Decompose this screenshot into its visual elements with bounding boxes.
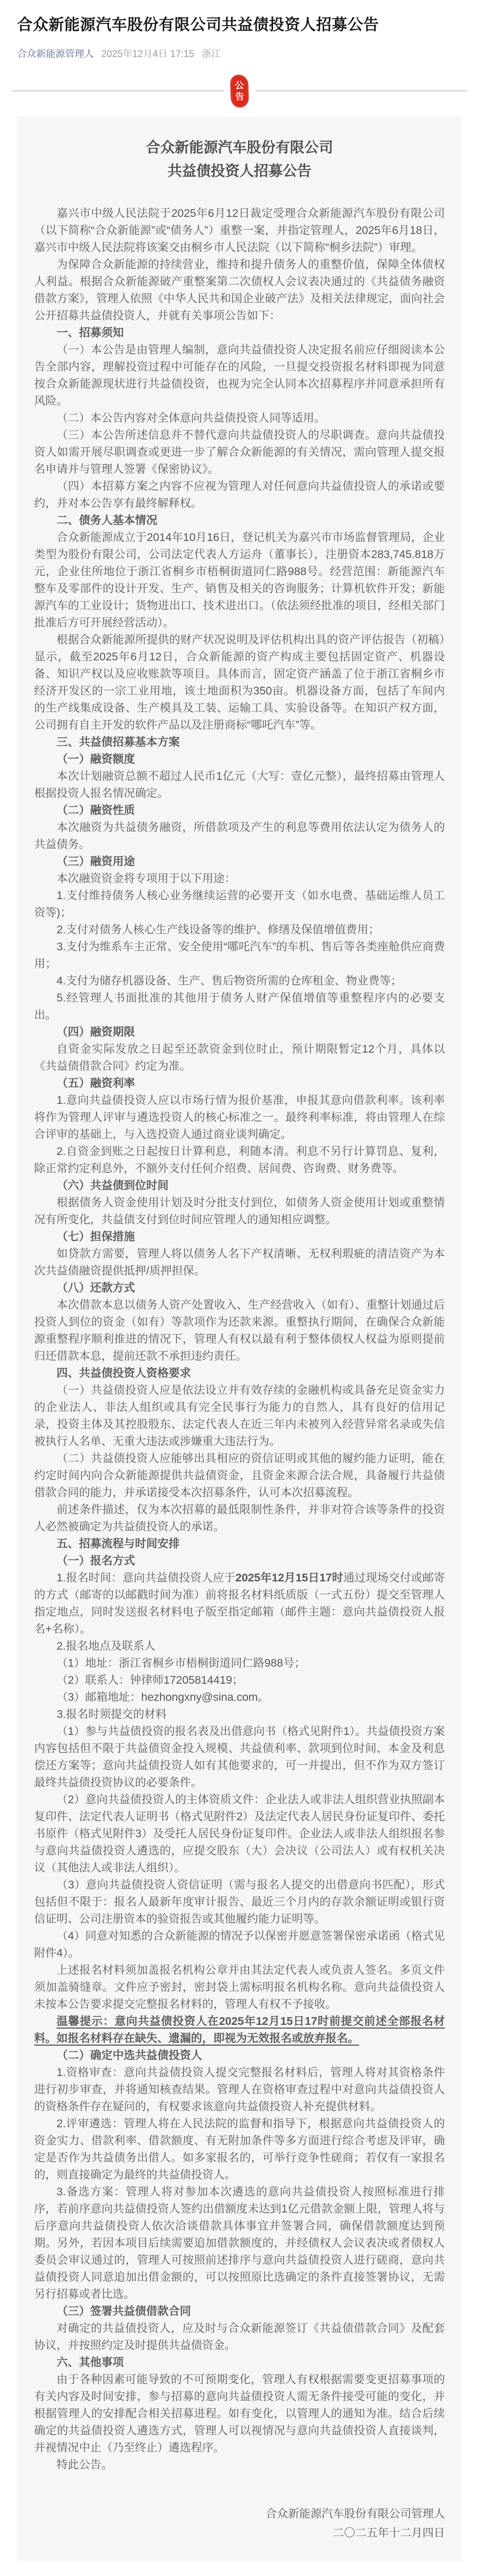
paragraph: （二）共益债投资人应能够出具相应的资信证明或其他的履约能力证明，能在约定时间内向…	[34, 1450, 445, 1501]
section-heading: （五）融资利率	[34, 1075, 445, 1092]
paragraph: （2）联系人：钟律师17205814419；	[34, 1672, 445, 1689]
paragraph: 前述条件描述，仅为本次招募的最低限制性条件，并非对符合该等条件的投资人必然被确定…	[34, 1501, 445, 1536]
paragraph: 合众新能源成立于2014年10月16日，登记机关为嘉兴市市场监督管理局，企业类型…	[34, 529, 445, 632]
paragraph: 3.报名时须提交的材料	[34, 1706, 445, 1723]
bottom-spacer	[0, 2569, 479, 2576]
region-label: 浙江	[202, 47, 221, 60]
article-header: 合众新能源汽车股份有限公司共益债投资人招募公告 合众新能源管理人 2025年12…	[0, 0, 479, 60]
paragraph: 3.支付为维系车主正常、安全使用“哪吒汽车”的车机、售后等各类座舱供应商费用；	[34, 939, 445, 973]
paragraph: 4.支付为储存机器设备、生产、售后物资所需的仓库租金、物业费等；	[34, 973, 445, 990]
paragraph: 根据合众新能源所提供的财产状况说明及评估机构出具的资产评估报告（初稿）显示，截至…	[34, 632, 445, 734]
section-heading: （三）融资用途	[34, 853, 445, 870]
paragraph: （1）地址：浙江省桐乡市梧桐街道同仁路988号；	[34, 1655, 445, 1672]
section-heading: （三）签署共益债借款合同	[34, 2303, 445, 2320]
seal-char-bottom: 告	[235, 92, 245, 102]
paragraph: 如贷款方需要，管理人将以债务人名下产权清晰、无权利瑕疵的清洁资产为本次共益债融资…	[34, 1246, 445, 1280]
section-heading: 二、债务人基本情况	[34, 512, 445, 529]
section-heading: 五、招募流程与时间安排	[34, 1536, 445, 1553]
paragraph: 本次计划融资总额不超过人民币1亿元（大写：壹亿元整），最终招募由管理人根据投资人…	[34, 768, 445, 802]
section-heading: （八）还款方式	[34, 1280, 445, 1297]
document-card: 合众新能源汽车股份有限公司 共益债投资人招募公告 嘉兴市中级人民法院于2025年…	[17, 117, 462, 2561]
seal-char-top: 公	[235, 80, 244, 91]
paragraph: 2.自资金到账之日起按日计算利息，利随本清。利息不另行计算罚息、复利，除正常约定…	[34, 1143, 445, 1177]
signature-block: 合众新能源汽车股份有限公司管理人 二〇二五年十二月四日	[34, 2505, 445, 2543]
paragraph: 1.资格审查：意向共益债投资人提交完整报名材料后，管理人将对其资格条件进行初步审…	[34, 2064, 445, 2115]
section-heading: 四、共益债投资人资格要求	[34, 1365, 445, 1382]
paragraph: （3）邮箱地址：hezhongxny@sina.com。	[34, 1689, 445, 1706]
section-heading: 三、共益债招募基本方案	[34, 734, 445, 751]
paragraph: 根据债务人资金使用计划及时分批支付到位，如债务人资金使用计划或重整情况有所变化，…	[34, 1194, 445, 1229]
paragraph: 由于各种因素可能导致的不可预期变化，管理人有权根据需要变更招募事项的有关内容及时…	[34, 2371, 445, 2457]
paragraph: 为保障合众新能源的持续营业，维持和提升债务人的重整价值，保障全体债权人利益。根据…	[34, 256, 445, 325]
section-heading: （一）融资额度	[34, 751, 445, 768]
section-heading: （二）确定中选共益债投资人	[34, 2047, 445, 2064]
paragraph: 自资金实际发放之日起至还款资金到位时止，预计期限暂定12个月，具体以《共益债借款…	[34, 1041, 445, 1075]
paragraph: 上述报名材料须加盖报名机构公章并由其法定代表人或负责人签名。多页文件须加盖骑缝章…	[34, 1962, 445, 2013]
paragraph: 本次融资为共益债务融资，所借款项及产生的利息等费用依法认定为债务人的共益债务。	[34, 819, 445, 853]
page-title: 合众新能源汽车股份有限公司共益债投资人招募公告	[17, 14, 462, 37]
document-title-line2: 共益债投资人招募公告	[34, 159, 445, 183]
byline: 合众新能源管理人 2025年12月4日 17:15 浙江	[17, 47, 462, 60]
section-heading: （二）融资性质	[34, 802, 445, 819]
document-title-line1: 合众新能源汽车股份有限公司	[34, 136, 445, 159]
paragraph: （3）意向共益债投资人资信证明（需与报名人提交的出借意向书匹配），形式包括但不限…	[34, 1877, 445, 1928]
section-heading: （四）融资期限	[34, 1024, 445, 1041]
document-body: 嘉兴市中级人民法院于2025年6月12日裁定受理合众新能源汽车股份有限公司（以下…	[34, 205, 445, 2474]
seal-divider: 公 告	[12, 66, 467, 117]
section-heading: （六）共益债到位时间	[34, 1177, 445, 1194]
paragraph: （4）同意对知悉的合众新能源的情况予以保密并愿意签署保密承诺函（格式见附件4）。	[34, 1928, 445, 1962]
seal-wrap: 公 告	[223, 74, 256, 109]
paragraph: 2.报名地点及联系人	[34, 1638, 445, 1655]
notice-paragraph: 温馨提示：意向共益债投资人在2025年12月15日17时前提交前述全部报名材料。…	[34, 2013, 445, 2047]
paragraph: 1.意向共益债投资人应以市场行情为报价基准，申报其意向借款利率。该利率将作为管理…	[34, 1092, 445, 1143]
paragraph: 2.支付对债务人核心生产线设备等的维护、修缮及保值增值费用；	[34, 922, 445, 939]
paragraph: （三）本公告所述信息并不替代意向共益债投资人的尽职调查。意向共益债投资人如需开展…	[34, 427, 445, 478]
section-heading: （一）报名方式	[34, 1553, 445, 1570]
document-title: 合众新能源汽车股份有限公司 共益债投资人招募公告	[34, 136, 445, 183]
section-heading: 一、招募须知	[34, 325, 445, 342]
paragraph: 3.备选方案：管理人将对参加本次遴选的意向共益债投资人按照标准进行排序，若前序意…	[34, 2184, 445, 2303]
announcement-seal-icon: 公 告	[230, 74, 249, 108]
author-link[interactable]: 合众新能源管理人	[17, 47, 94, 60]
paragraph: 5.经管理人书面批准的其他用于债务人财产保值增值等重整程序内的必要支出。	[34, 990, 445, 1024]
paragraph: 嘉兴市中级人民法院于2025年6月12日裁定受理合众新能源汽车股份有限公司（以下…	[34, 205, 445, 256]
paragraph: （二）本公告内容对全体意向共益债投资人同等适用。	[34, 410, 445, 427]
signature-date: 二〇二五年十二月四日	[34, 2524, 445, 2543]
paragraph: 2.评审遴选：管理人将在人民法院的监督和指导下，根据意向共益债投资人的资金实力、…	[34, 2115, 445, 2184]
paragraph: （2）意向共益债投资人的主体资质文件：企业法人或非法人组织营业执照副本复印件、法…	[34, 1791, 445, 1877]
paragraph: 对确定的共益债投资人，应及时与合众新能源签订《共益债借款合同》及配套协议，并按照…	[34, 2320, 445, 2354]
paragraph: （1）参与共益债投资的报名表及出借意向书（格式见附件1）。共益债投资方案内容包括…	[34, 1723, 445, 1791]
paragraph: 1.报名时间：意向共益债投资人应于2025年12月15日17时通过现场交付或邮寄…	[34, 1570, 445, 1638]
publish-time: 2025年12月4日 17:15	[101, 47, 194, 60]
paragraph: （一）共益债投资人应是依法设立并有效存续的金融机构或具备充足资金实力的企业法人、…	[34, 1382, 445, 1450]
section-heading: （七）担保措施	[34, 1229, 445, 1246]
paragraph: 本次借款本息以债务人资产处置收入、生产经营收入（如有）、重整计划通过后投资人到位…	[34, 1297, 445, 1365]
paragraph: （一）本公告是由管理人编制，意向共益债投资人决定报名前应仔细阅读本公告全部内容，…	[34, 342, 445, 410]
paragraph: 特此公告。	[34, 2457, 445, 2474]
paragraph: 1.支付维持债务人核心业务继续运营的必要开支（如水电费、基础运维人员工资等)；	[34, 887, 445, 922]
paragraph: 本次融资资金将专项用于以下用途：	[34, 870, 445, 887]
paragraph: （四）本招募方案之内容不应视为管理人对任何意向共益债投资人的承诺或要约，并对本公…	[34, 478, 445, 512]
signature-name: 合众新能源汽车股份有限公司管理人	[34, 2505, 445, 2524]
section-heading: 六、其他事项	[34, 2354, 445, 2371]
